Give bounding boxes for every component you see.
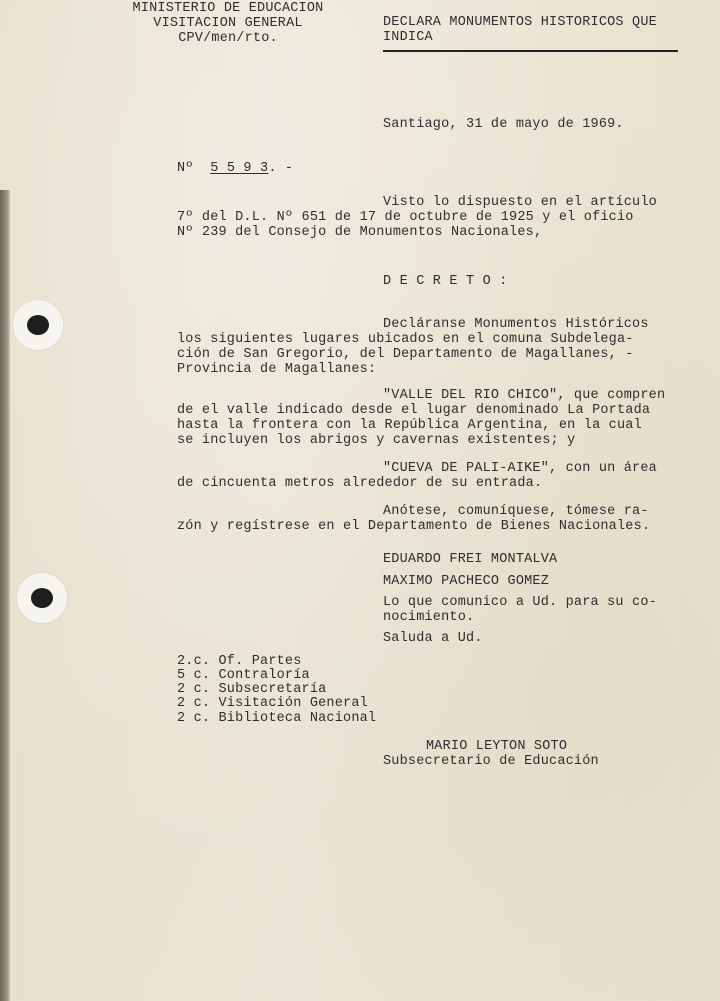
ministry-name: MINISTERIO DE EDUCACION — [118, 2, 338, 17]
document-page — [0, 0, 720, 1001]
closing-line: zón y regístrese en el Departamento de B… — [177, 520, 650, 535]
signatory-minister: MAXIMO PACHECO GOMEZ — [383, 575, 549, 590]
article-line: los siguientes lugares ubicados en el co… — [177, 333, 634, 348]
communication-line: nocimiento. — [383, 611, 474, 626]
monument-1-line: "VALLE DEL RIO CHICO", que compren — [383, 389, 665, 404]
place-date: Santiago, 31 de mayo de 1969. — [383, 118, 624, 133]
greeting: Saluda a Ud. — [383, 632, 483, 647]
closing-line: Anótese, comuníquese, tómese ra- — [383, 505, 649, 520]
decree-number-suffix: . - — [268, 161, 293, 176]
decree-number-prefix: Nº — [177, 161, 194, 176]
subject-line-1: DECLARA MONUMENTOS HISTORICOS QUE — [383, 16, 657, 31]
final-signatory-title: Subsecretario de Educación — [383, 755, 599, 770]
monument-1-line: se incluyen los abrigos y cavernas exist… — [177, 434, 575, 449]
considerando-line: 7º del D.L. Nº 651 de 17 de octubre de 1… — [177, 211, 634, 226]
communication-line: Lo que comunico a Ud. para su co- — [383, 596, 657, 611]
monument-2-line: "CUEVA DE PALI-AIKE", con un área — [383, 462, 657, 477]
decreto-heading: D E C R E T O : — [383, 275, 508, 290]
monument-1-line: de el valle indicado desde el lugar deno… — [177, 404, 650, 419]
article-line: ción de San Gregorio, del Departamento d… — [177, 348, 634, 363]
decree-number: Nº 5 5 9 3. - — [177, 162, 293, 177]
considerando-line: Visto lo dispuesto en el artículo — [383, 196, 657, 211]
subject-rule — [383, 50, 678, 52]
article-line: Decláranse Monumentos Históricos — [383, 318, 649, 333]
monument-2-line: de cincuenta metros alrededor de su entr… — [177, 477, 542, 492]
reference-code: CPV/men/rto. — [118, 32, 338, 47]
monument-1-line: hasta la frontera con la República Argen… — [177, 419, 642, 434]
punch-hole-bottom — [17, 573, 67, 623]
subject-line-2: INDICA — [383, 31, 433, 46]
distribution-item: 2 c. Biblioteca Nacional — [177, 712, 376, 727]
final-signatory-name: MARIO LEYTON SOTO — [426, 740, 567, 755]
signatory-president: EDUARDO FREI MONTALVA — [383, 553, 557, 568]
article-line: Provincia de Magallanes: — [177, 363, 376, 378]
decree-number-value: 5 5 9 3 — [210, 161, 268, 176]
punch-hole-top — [13, 300, 63, 350]
distribution-item: 2 c. Visitación General — [177, 697, 368, 712]
department-name: VISITACION GENERAL — [118, 17, 338, 32]
considerando-line: Nº 239 del Consejo de Monumentos Naciona… — [177, 226, 542, 241]
page-edge-shadow — [0, 190, 10, 1001]
